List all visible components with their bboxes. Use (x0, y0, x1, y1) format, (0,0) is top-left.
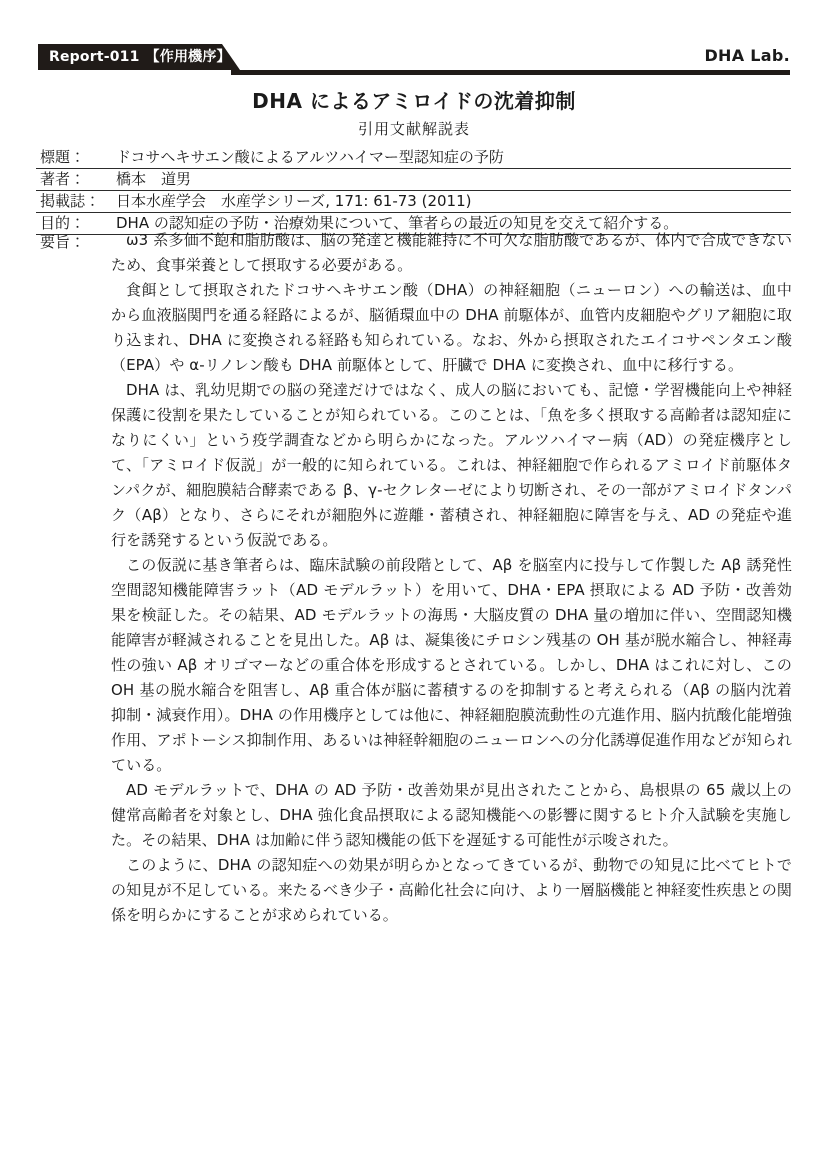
page-title: DHA によるアミロイドの沈着抑制 (0, 85, 828, 114)
meta-row-label: 掲載誌： (36, 193, 116, 210)
meta-row-value: ドコサヘキサエン酸によるアルツハイマー型認知症の予防 (116, 149, 791, 166)
page-subtitle: 引用文献解説表 (0, 118, 828, 139)
abstract-label: 要旨： (40, 231, 85, 252)
meta-row: 掲載誌：日本水産学会 水産学シリーズ, 171: 61-73 (2011) (36, 191, 791, 213)
abstract-paragraph: AD モデルラットで、DHA の AD 予防・改善効果が見出されたことから、島根… (111, 778, 792, 853)
header-rule (231, 70, 790, 75)
meta-row-label: 著者： (36, 171, 116, 188)
report-number-label: Report-011 (49, 49, 140, 65)
abstract-paragraph: この仮説に基き筆者らは、臨床試験の前段階として、Aβ を脳室内に投与して作製した… (111, 553, 792, 778)
meta-row: 標題：ドコサヘキサエン酸によるアルツハイマー型認知症の予防 (36, 147, 791, 169)
abstract-body: ω3 系多価不飽和脂肪酸は、脳の発達と機能維持に不可欠な脂肪酸であるが、体内で合… (111, 228, 792, 928)
report-category-label: 【作用機序】 (146, 49, 231, 65)
abstract-paragraph: 食餌として摂取されたドコサヘキサエン酸（DHA）の神経細胞（ニューロン）への輸送… (111, 278, 792, 378)
report-page: Report-011【作用機序】 DHA Lab. DHA によるアミロイドの沈… (0, 0, 828, 1171)
abstract-paragraph: DHA は、乳幼児期での脳の発達だけではなく、成人の脳においても、記憶・学習機能… (111, 378, 792, 553)
abstract-paragraph: ω3 系多価不飽和脂肪酸は、脳の発達と機能維持に不可欠な脂肪酸であるが、体内で合… (111, 228, 792, 278)
abstract-paragraph: このように、DHA の認知症への効果が明らかとなってきているが、動物での知見に比… (111, 853, 792, 928)
meta-row-label: 目的： (36, 215, 116, 232)
report-header-ribbon: Report-011【作用機序】 (38, 44, 240, 70)
meta-row-value: 橋本 道男 (116, 171, 791, 188)
meta-row: 著者：橋本 道男 (36, 169, 791, 191)
meta-row-label: 標題： (36, 149, 116, 166)
citation-meta-table: 標題：ドコサヘキサエン酸によるアルツハイマー型認知症の予防著者：橋本 道男掲載誌… (36, 147, 791, 235)
meta-row-value: 日本水産学会 水産学シリーズ, 171: 61-73 (2011) (116, 193, 791, 210)
brand-label: DHA Lab. (704, 46, 790, 65)
